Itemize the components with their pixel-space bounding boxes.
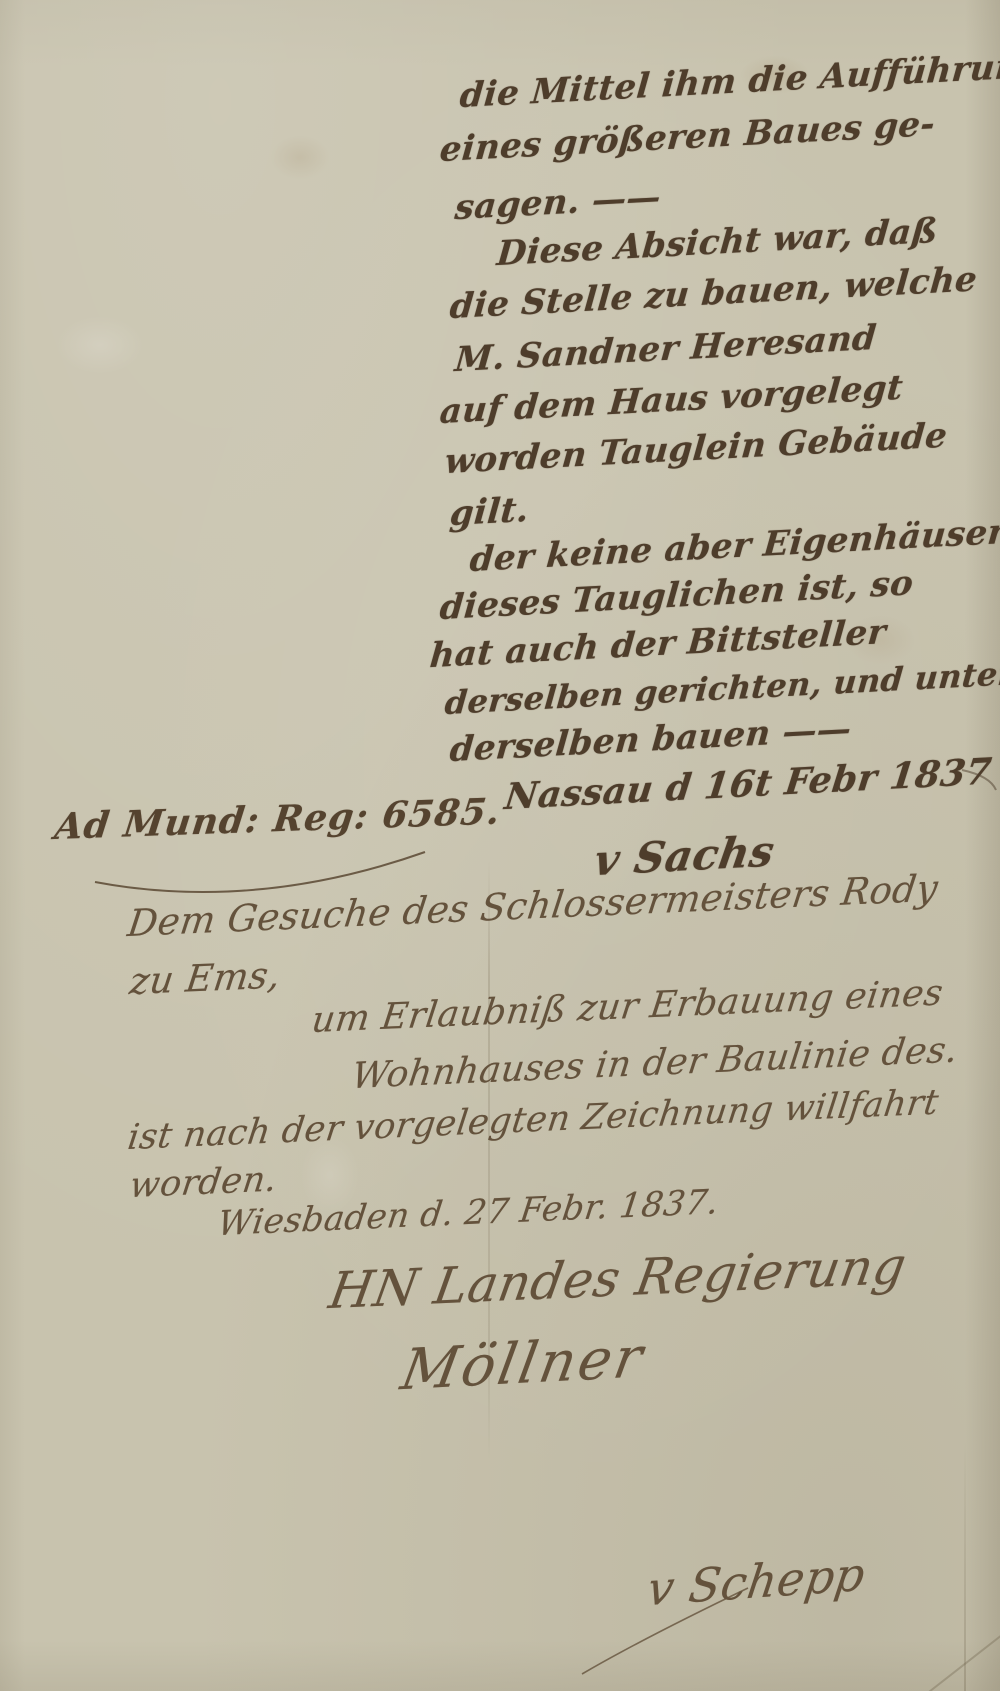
paper-stain [270, 135, 330, 180]
margin-note-underline [95, 852, 425, 892]
handwritten-line: ist nach der vorgelegten Zeichnung willf… [125, 1082, 941, 1158]
manuscript-page: die Mittel ihm die Aufführung eines größ… [0, 0, 1000, 1691]
authority-line: HN Landes Regierung [325, 1237, 910, 1321]
handwritten-line: Dem Gesuche des Schlossermeisters Rody [125, 866, 941, 945]
handwritten-line: um Erlaubniß zur Erbauung eines [309, 972, 945, 1041]
handwritten-line: zu Ems, [127, 953, 283, 1003]
handwritten-line: M. Sandner Heresand [453, 318, 878, 380]
handwritten-line: worden. [127, 1159, 279, 1206]
corner-fold-crease [927, 1618, 1000, 1691]
bottom-entry-signature: Möllner [396, 1325, 650, 1403]
handwritten-line: eines größeren Baues ge- [438, 104, 936, 170]
handwritten-line: gilt. [448, 490, 530, 534]
handwritten-line: sagen. —— [453, 177, 662, 228]
handwritten-line: der keine aber Eigenhäuser [468, 512, 1000, 580]
margin-registry-note: Ad Mund: Reg: 6585. [52, 790, 503, 848]
countersignature: v Schepp [644, 1547, 868, 1617]
right-edge-fold [964, 1440, 966, 1691]
bottom-entry-dateline: Wiesbaden d. 27 Febr. 1837. [215, 1182, 721, 1244]
paper-stain [55, 315, 145, 375]
